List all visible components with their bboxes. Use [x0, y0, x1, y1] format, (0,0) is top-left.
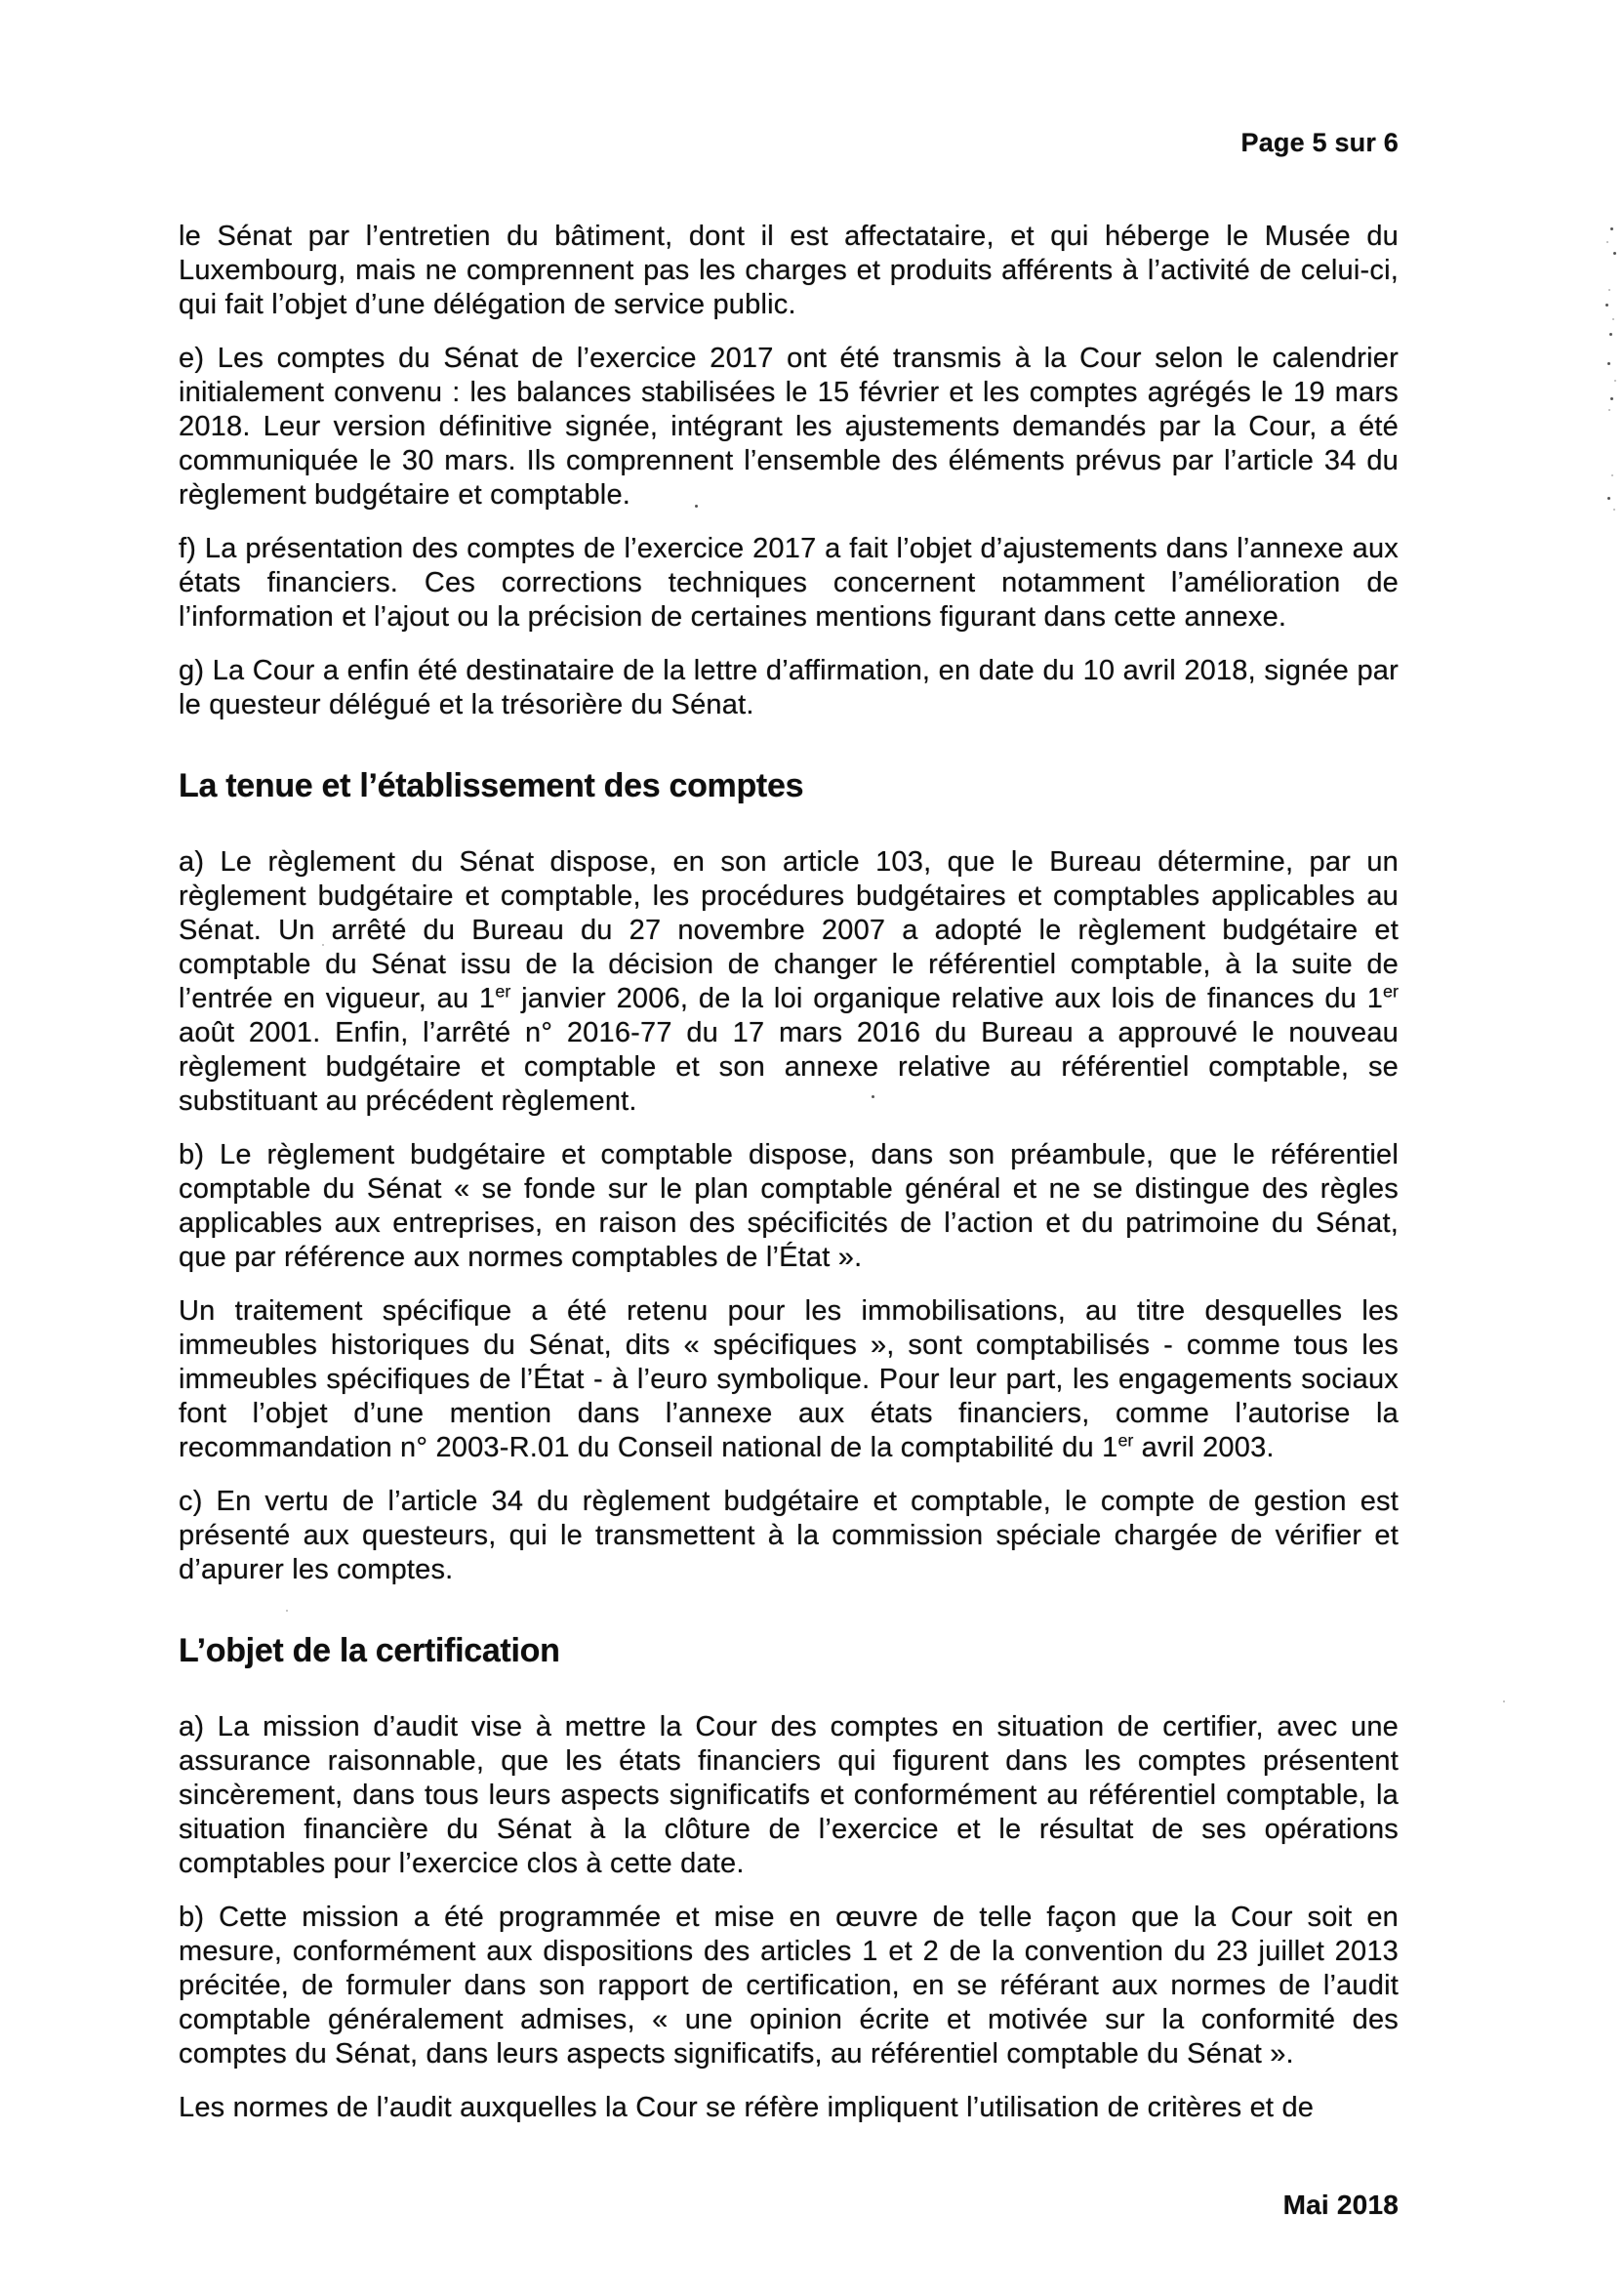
paragraph-item-g: g) La Cour a enfin été destinataire de l…: [179, 654, 1399, 722]
paragraph-tenue-traitement-specifique: Un traitement spécifique a été retenu po…: [179, 1294, 1399, 1465]
scan-speckle: [1613, 509, 1615, 511]
scan-speckle: [1610, 227, 1613, 230]
section-title-objet-certification: L’objet de la certification: [179, 1630, 1399, 1671]
paragraph-tenue-item-b: b) Le règlement budgétaire et comptable …: [179, 1138, 1399, 1275]
paragraph-certification-normes: Les normes de l’audit auxquelles la Cour…: [179, 2091, 1399, 2125]
paragraph-tenue-item-a: a) Le règlement du Sénat dispose, en son…: [179, 845, 1399, 1119]
scan-speckle: [1608, 289, 1610, 291]
paragraph-certification-item-a: a) La mission d’audit vise à mettre la C…: [179, 1710, 1399, 1881]
scan-speckle: [1608, 409, 1610, 411]
scan-speckle: [1613, 252, 1616, 255]
scan-speckle: [695, 505, 698, 508]
scan-speckle: [1503, 1700, 1505, 1702]
paragraph-certification-item-b: b) Cette mission a été programmée et mis…: [179, 1901, 1399, 2071]
paragraph-tenue-item-c: c) En vertu de l’article 34 du règlement…: [179, 1485, 1399, 1587]
scan-speckle: [1606, 241, 1608, 243]
scan-speckle: [1611, 474, 1613, 476]
scan-speckle: [872, 1095, 874, 1098]
scan-speckle: [1612, 318, 1614, 320]
paragraph-intro-continuation: le Sénat par l’entretien du bâtiment, do…: [179, 220, 1399, 322]
scan-speckle: [322, 944, 324, 946]
section-title-tenue-des-comptes: La tenue et l’établissement des comptes: [179, 765, 1399, 806]
footer-date: Mai 2018: [179, 2190, 1399, 2221]
scan-speckle: [1607, 497, 1610, 500]
scan-speckle: [1614, 380, 1616, 382]
scan-speckle: [1609, 333, 1612, 336]
scan-speckle: [1605, 304, 1608, 307]
scan-speckle: [1607, 362, 1610, 365]
page-number-indicator: Page 5 sur 6: [179, 128, 1399, 158]
document-page: Page 5 sur 6 le Sénat par l’entretien du…: [0, 0, 1624, 2294]
scan-speckle: [286, 1610, 288, 1612]
paragraph-item-e: e) Les comptes du Sénat de l’exercice 20…: [179, 342, 1399, 512]
scan-speckle: [1610, 397, 1613, 400]
text-column: le Sénat par l’entretien du bâtiment, do…: [179, 220, 1399, 2145]
paragraph-item-f: f) La présentation des comptes de l’exer…: [179, 532, 1399, 635]
